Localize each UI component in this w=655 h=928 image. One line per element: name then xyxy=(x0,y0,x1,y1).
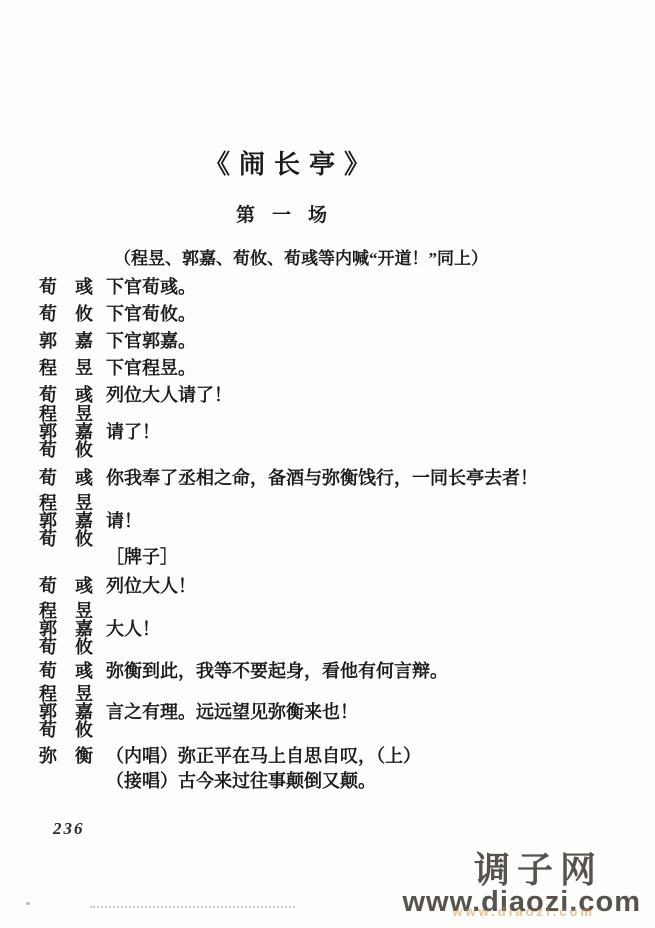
speaker-name: 荀 彧 xyxy=(39,662,88,681)
dialogue-lines: （内唱）弥正平在马上自思自叹，（上） （接唱）古今来过往事颠倒又颠。 xyxy=(106,747,421,791)
dialogue-row: 荀 彧 列位大人请了！ xyxy=(0,386,655,405)
speaker-name: 荀 彧 xyxy=(39,469,88,488)
speaker-name: 程 昱 xyxy=(39,685,88,703)
speaker-name: 荀 攸 xyxy=(39,441,88,459)
dialogue-text: 下官荀攸。 xyxy=(106,305,196,324)
scan-noise-speck xyxy=(26,902,30,905)
dialogue-row: 郭 嘉 下官郭嘉。 xyxy=(0,332,655,351)
stage-cue-row: ［牌子］ xyxy=(0,548,655,567)
dialogue-row-group: 程 昱 郭 嘉 荀 攸 大人！ xyxy=(0,602,655,656)
speaker-names: 荀 彧 xyxy=(39,469,88,488)
speaker-names: 荀 彧 xyxy=(39,662,88,681)
speaker-name: 郭 嘉 xyxy=(39,620,88,638)
speaker-name: 荀 彧 xyxy=(39,386,88,405)
speaker-names: 郭 嘉 xyxy=(39,332,88,351)
dialogue-text: 下官郭嘉。 xyxy=(106,332,196,351)
speaker-names: 荀 彧 xyxy=(39,278,88,297)
page-number: 236 xyxy=(53,820,655,838)
scan-noise-dotted-line xyxy=(90,906,295,908)
dialogue-text: 弥衡到此，我等不要起身，看他有何言辩。 xyxy=(106,662,448,681)
speaker-name: 荀 彧 xyxy=(39,577,88,596)
dialogue-row-group: 程 昱 郭 嘉 荀 攸 请！ xyxy=(0,494,655,548)
speaker-names: 程 昱 郭 嘉 荀 攸 xyxy=(39,685,88,739)
watermark-faint-echo: www.diaozi.com xyxy=(452,905,595,919)
dialogue-row: 荀 攸 下官荀攸。 xyxy=(0,305,655,324)
speaker-names: 弥 衡 xyxy=(39,747,88,766)
speaker-name: 荀 攸 xyxy=(39,721,88,739)
dialogue-row: 荀 彧 下官荀彧。 xyxy=(0,278,655,297)
dialogue-text: 下官荀彧。 xyxy=(106,278,196,297)
speaker-names: 荀 彧 xyxy=(39,386,88,405)
dialogue-row: 荀 彧 弥衡到此，我等不要起身，看他有何言辩。 xyxy=(0,662,655,681)
dialogue-row: 荀 彧 列位大人！ xyxy=(0,577,655,596)
speaker-names: 程 昱 郭 嘉 荀 攸 xyxy=(39,405,88,459)
dialogue-sung-line: （内唱）弥正平在马上自思自叹，（上） xyxy=(106,747,421,766)
scanned-script-page: 《闹长亭》 第一场 （程昱、郭嘉、荀攸、荀彧等内喊“开道！”同上） 荀 彧 下官… xyxy=(0,0,655,928)
speaker-name: 郭 嘉 xyxy=(39,512,88,530)
dialogue-row: 荀 彧 你我奉了丞相之命，备酒与弥衡饯行，一同长亭去者！ xyxy=(0,469,655,488)
speaker-names: 荀 彧 xyxy=(39,577,88,596)
dialogue-row-group: 程 昱 郭 嘉 荀 攸 请了！ xyxy=(0,405,655,459)
dialogue-row-group: 程 昱 郭 嘉 荀 攸 言之有理。远远望见弥衡来也！ xyxy=(0,685,655,739)
speaker-name: 荀 攸 xyxy=(39,305,88,324)
dialogue-row: 弥 衡 （内唱）弥正平在马上自思自叹，（上） （接唱）古今来过往事颠倒又颠。 xyxy=(0,747,655,791)
dialogue-text: 请了！ xyxy=(106,423,160,442)
speaker-name: 郭 嘉 xyxy=(39,703,88,721)
play-title: 《闹长亭》 xyxy=(204,150,655,180)
speaker-names: 程 昱 xyxy=(39,359,88,378)
dialogue-text: 言之有理。远远望见弥衡来也！ xyxy=(106,703,358,722)
speaker-name: 弥 衡 xyxy=(39,747,88,766)
stage-cue: ［牌子］ xyxy=(106,548,178,567)
speaker-name: 荀 彧 xyxy=(39,278,88,297)
dialogue-text: 你我奉了丞相之命，备酒与弥衡饯行，一同长亭去者！ xyxy=(106,469,538,488)
speaker-name: 郭 嘉 xyxy=(39,423,88,441)
speaker-names: 程 昱 郭 嘉 荀 攸 xyxy=(39,494,88,548)
speaker-name: 荀 攸 xyxy=(39,530,88,548)
watermark-site-name: 调子网 xyxy=(474,851,603,888)
speaker-name: 程 昱 xyxy=(39,494,88,512)
dialogue-text: 列位大人！ xyxy=(106,577,196,596)
dialogue-text: 下官程昱。 xyxy=(106,359,196,378)
speaker-name: 程 昱 xyxy=(39,359,88,378)
scene-heading: 第一场 xyxy=(236,206,655,226)
dialogue-text: 请！ xyxy=(106,512,142,531)
speaker-name: 程 昱 xyxy=(39,405,88,423)
dialogue-row: 程 昱 下官程昱。 xyxy=(0,359,655,378)
stage-direction: （程昱、郭嘉、荀攸、荀彧等内喊“开道！”同上） xyxy=(114,249,655,268)
dialogue-text: 大人！ xyxy=(106,620,160,639)
dialogue-text: 列位大人请了！ xyxy=(106,386,232,405)
speaker-name: 荀 攸 xyxy=(39,638,88,656)
speaker-names: 荀 攸 xyxy=(39,305,88,324)
speaker-name: 程 昱 xyxy=(39,602,88,620)
speaker-names: 程 昱 郭 嘉 荀 攸 xyxy=(39,602,88,656)
dialogue-sung-line: （接唱）古今来过往事颠倒又颠。 xyxy=(106,772,421,791)
speaker-name: 郭 嘉 xyxy=(39,332,88,351)
